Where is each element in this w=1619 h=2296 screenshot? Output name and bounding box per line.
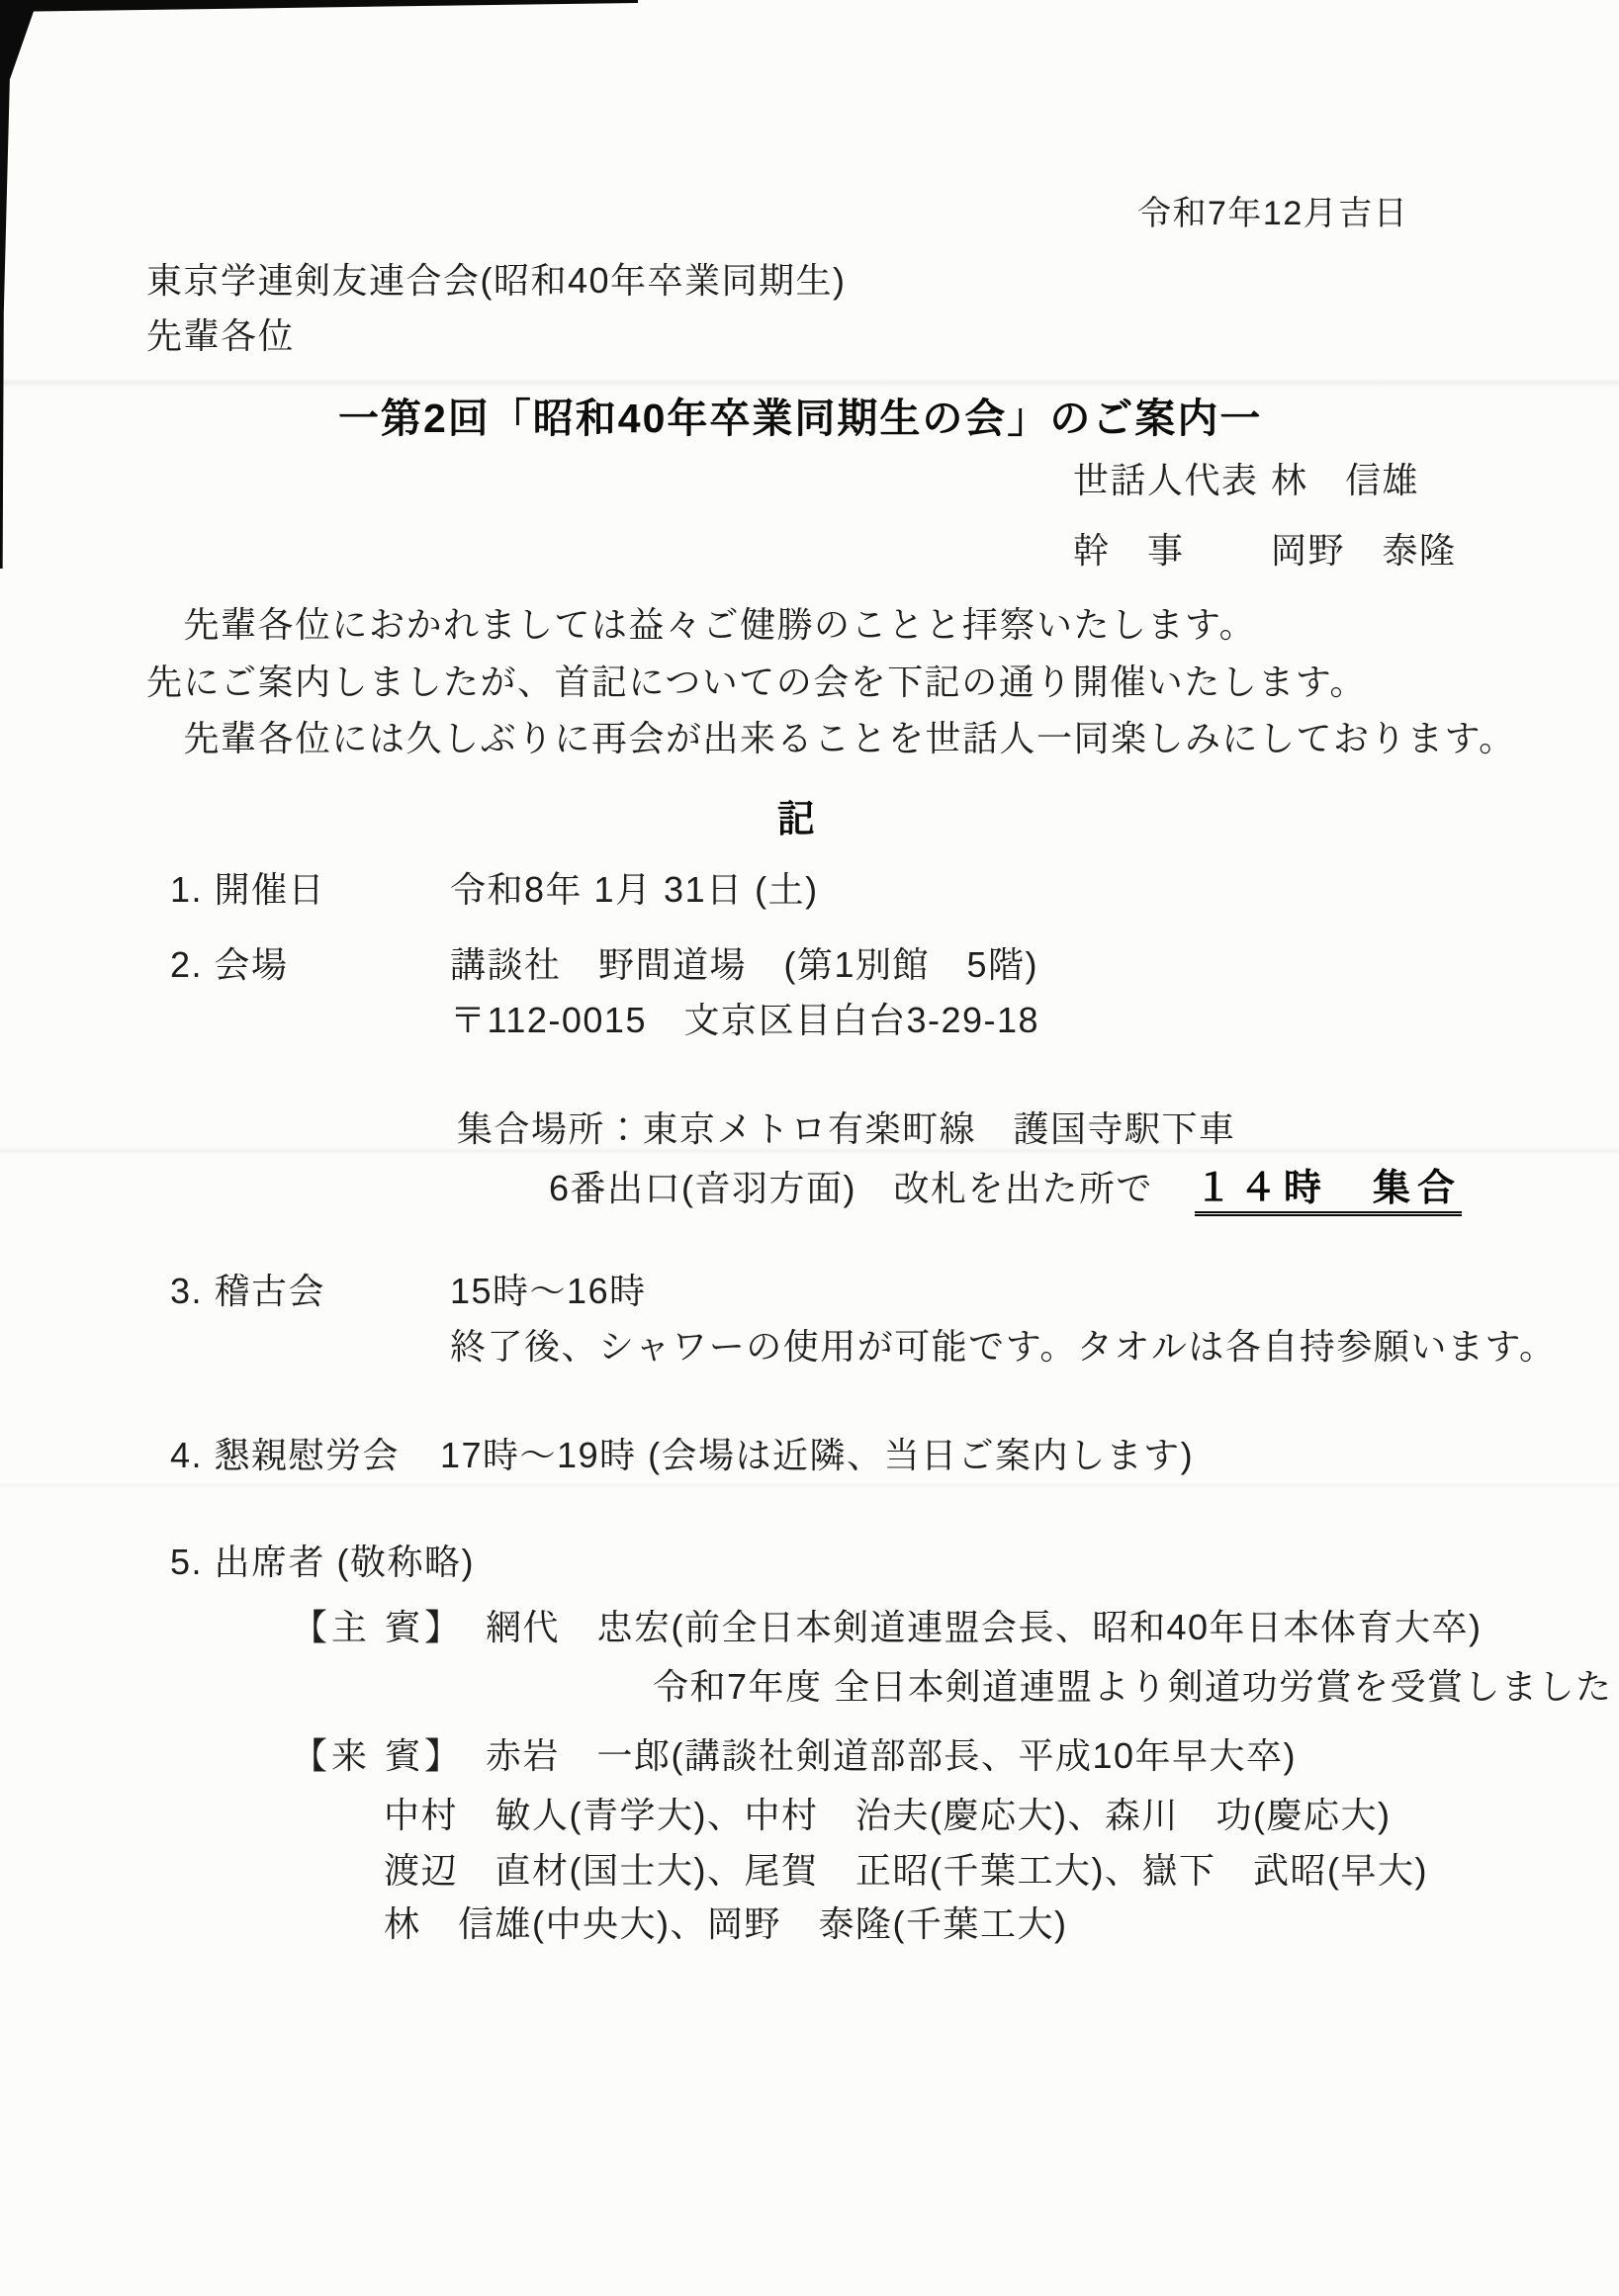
guest-of-honor-tag: 【主 賓】 bbox=[292, 1600, 486, 1650]
organizer-role: 世話人代表 bbox=[1073, 453, 1271, 503]
organizer-role: 幹 事 bbox=[1073, 523, 1271, 574]
organizer-name: 林 信雄 bbox=[1271, 453, 1419, 503]
item-2-label: 2. 会場 bbox=[170, 937, 289, 988]
record-heading: 記 bbox=[777, 788, 817, 842]
guest-line: 中村 敏人(青学大)、中村 治夫(慶応大)、森川 功(慶応大) bbox=[384, 1788, 1391, 1838]
guests-row: 【来 賓】 赤岩 一郎(講談社剣道部部長、平成10年早大卒) bbox=[292, 1728, 1297, 1779]
meeting-time-highlight: １４時 集合 bbox=[1195, 1168, 1462, 1216]
item-4-value: 17時〜19時 (会場は近隣、当日ご案内します) bbox=[440, 1428, 1194, 1478]
guest-line: 渡辺 直材(国士大)、尾賀 正昭(千葉工大)、嶽下 武昭(早大) bbox=[384, 1843, 1428, 1894]
guests-tag: 【来 賓】 bbox=[292, 1728, 486, 1779]
greeting-line: 先輩各位には久しぶりに再会が出来ることを世話人一同楽しみにしております。 bbox=[146, 711, 1516, 761]
guest-line: 赤岩 一郎(講談社剣道部部長、平成10年早大卒) bbox=[486, 1728, 1297, 1779]
paper-crease bbox=[0, 1481, 1619, 1489]
sender-organization: 東京学連剣友連合会(昭和40年卒業同期生) bbox=[146, 253, 847, 304]
item-2-value: 講談社 野間道場 (第1別館 5階) bbox=[450, 937, 1038, 988]
item-3-note: 終了後、シャワーの使用が可能です。タオルは各自持参願います。 bbox=[450, 1319, 1557, 1369]
addressee: 先輩各位 bbox=[146, 309, 295, 359]
guest-line: 林 信雄(中央大)、岡野 泰隆(千葉工大) bbox=[384, 1897, 1067, 1947]
guest-of-honor-note: 令和7年度 全日本剣道連盟より剣道功労賞を受賞しました bbox=[653, 1659, 1613, 1710]
document-title: 一第2回「昭和40年卒業同期生の会」のご案内一 bbox=[338, 386, 1262, 444]
guest-of-honor-row: 【主 賓】 網代 忠宏(前全日本剣道連盟会長、昭和40年日本体育大卒) bbox=[292, 1600, 1483, 1650]
greeting-line: 先にご案内しましたが、首記についての会を下記の通り開催いたします。 bbox=[146, 655, 1367, 705]
organizer-block: 世話人代表 林 信雄 幹 事 岡野 泰隆 bbox=[1073, 453, 1457, 593]
item-4-label: 4. 懇親慰労会 bbox=[170, 1428, 400, 1478]
guest-of-honor-text: 網代 忠宏(前全日本剣道連盟会長、昭和40年日本体育大卒) bbox=[486, 1600, 1483, 1650]
item-1-label: 1. 開催日 bbox=[170, 862, 325, 913]
item-1-value: 令和8年 1月 31日 (土) bbox=[450, 862, 819, 913]
document-date: 令和7年12月吉日 bbox=[1137, 186, 1408, 234]
item-5-label: 5. 出席者 (敬称略) bbox=[170, 1535, 475, 1585]
organizer-name: 岡野 泰隆 bbox=[1271, 523, 1457, 574]
greeting-line: 先輩各位におかれましては益々ご健勝のことと拝察いたします。 bbox=[146, 597, 1256, 648]
item-3-label: 3. 稽古会 bbox=[170, 1264, 325, 1314]
scan-edge-left bbox=[0, 0, 38, 569]
scan-edge-top bbox=[0, 0, 638, 12]
item-2-address: 〒112-0015 文京区目白台3-29-18 bbox=[450, 993, 1039, 1043]
meeting-point-line2: 6番出口(音羽方面) 改札を出た所で１４時 集合 bbox=[549, 1157, 1462, 1211]
organizer-secretary: 幹 事 岡野 泰隆 bbox=[1073, 523, 1457, 574]
organizer-representative: 世話人代表 林 信雄 bbox=[1073, 453, 1457, 503]
meeting-point-line1: 集合場所：東京メトロ有楽町線 護国寺駅下車 bbox=[457, 1102, 1236, 1152]
meeting-point-line2-text: 6番出口(音羽方面) 改札を出た所で bbox=[549, 1168, 1153, 1208]
item-3-value: 15時〜16時 bbox=[450, 1264, 647, 1314]
scanned-letter-page: 令和7年12月吉日 東京学連剣友連合会(昭和40年卒業同期生) 先輩各位 一第2… bbox=[0, 0, 1619, 2296]
